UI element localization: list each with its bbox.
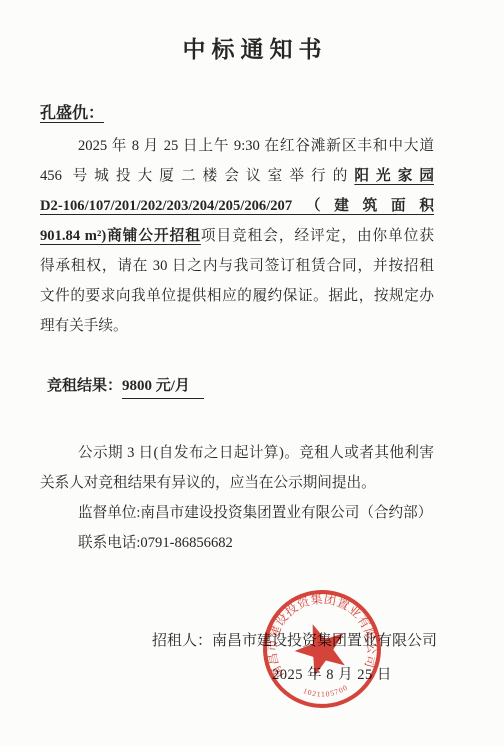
- paragraph-line: D2-106/107/201/202/203/204/205/206/207（建…: [40, 191, 434, 221]
- project-name-highlight: 901.84 m²)商铺公开招租: [40, 228, 201, 244]
- paragraph-line: 理有关手续。: [40, 311, 434, 341]
- supervisor-line: 监督单位:南昌市建设投资集团置业有限公司（合约部）: [40, 498, 434, 528]
- paragraph-line: 2025 年 8 月 25 日上午 9:30 在红谷滩新区丰和中大道: [40, 131, 434, 161]
- project-name-highlight: D2-106/107/201/202/203/204/205/206/207（建…: [40, 198, 434, 214]
- project-name-highlight: 阳光家园: [354, 168, 434, 184]
- publicity-paragraph: 公示期 3 日(自发布之日起计算)。竞租人或者其他利害 关系人对竞租结果有异议的…: [40, 438, 434, 558]
- paragraph-line: 456 号城投大厦二楼会议室举行的阳光家园: [40, 161, 434, 191]
- paragraph-line: 文件的要求向我单位提供相应的履约保证。据此，按规定办: [40, 281, 434, 311]
- notice-document: 中标通知书 孔盛仇： 2025 年 8 月 25 日上午 9:30 在红谷滩新区…: [0, 0, 504, 746]
- paragraph-line: 得承租权，请在 30 日之内与我司签订租赁合同，并按招租: [40, 251, 434, 281]
- result-value: 9800 元/月: [122, 374, 204, 399]
- bid-result-line: 竞租结果：9800 元/月: [47, 371, 204, 401]
- recipient-line: 孔盛仇：: [40, 100, 104, 123]
- paragraph-line: 901.84 m²)商铺公开招租项目竞租会，经评定，由你单位获: [40, 221, 434, 251]
- seal-number-text: 1021105700: [301, 682, 350, 700]
- paragraph-line: 关系人对竞租结果有异议的，应当在公示期间提出。: [40, 468, 434, 498]
- official-seal: 南昌市建设投资集团置业有限公司 1021105700: [256, 581, 389, 717]
- seal-star-icon: [292, 622, 347, 678]
- recipient-name: 孔盛仇：: [40, 105, 104, 122]
- main-paragraph: 2025 年 8 月 25 日上午 9:30 在红谷滩新区丰和中大道 456 号…: [40, 131, 434, 341]
- phone-line: 联系电话:0791-86856682: [40, 528, 434, 558]
- document-title: 中标通知书: [0, 31, 504, 64]
- result-label: 竞租结果：: [47, 378, 122, 394]
- paragraph-line: 公示期 3 日(自发布之日起计算)。竞租人或者其他利害: [40, 438, 434, 468]
